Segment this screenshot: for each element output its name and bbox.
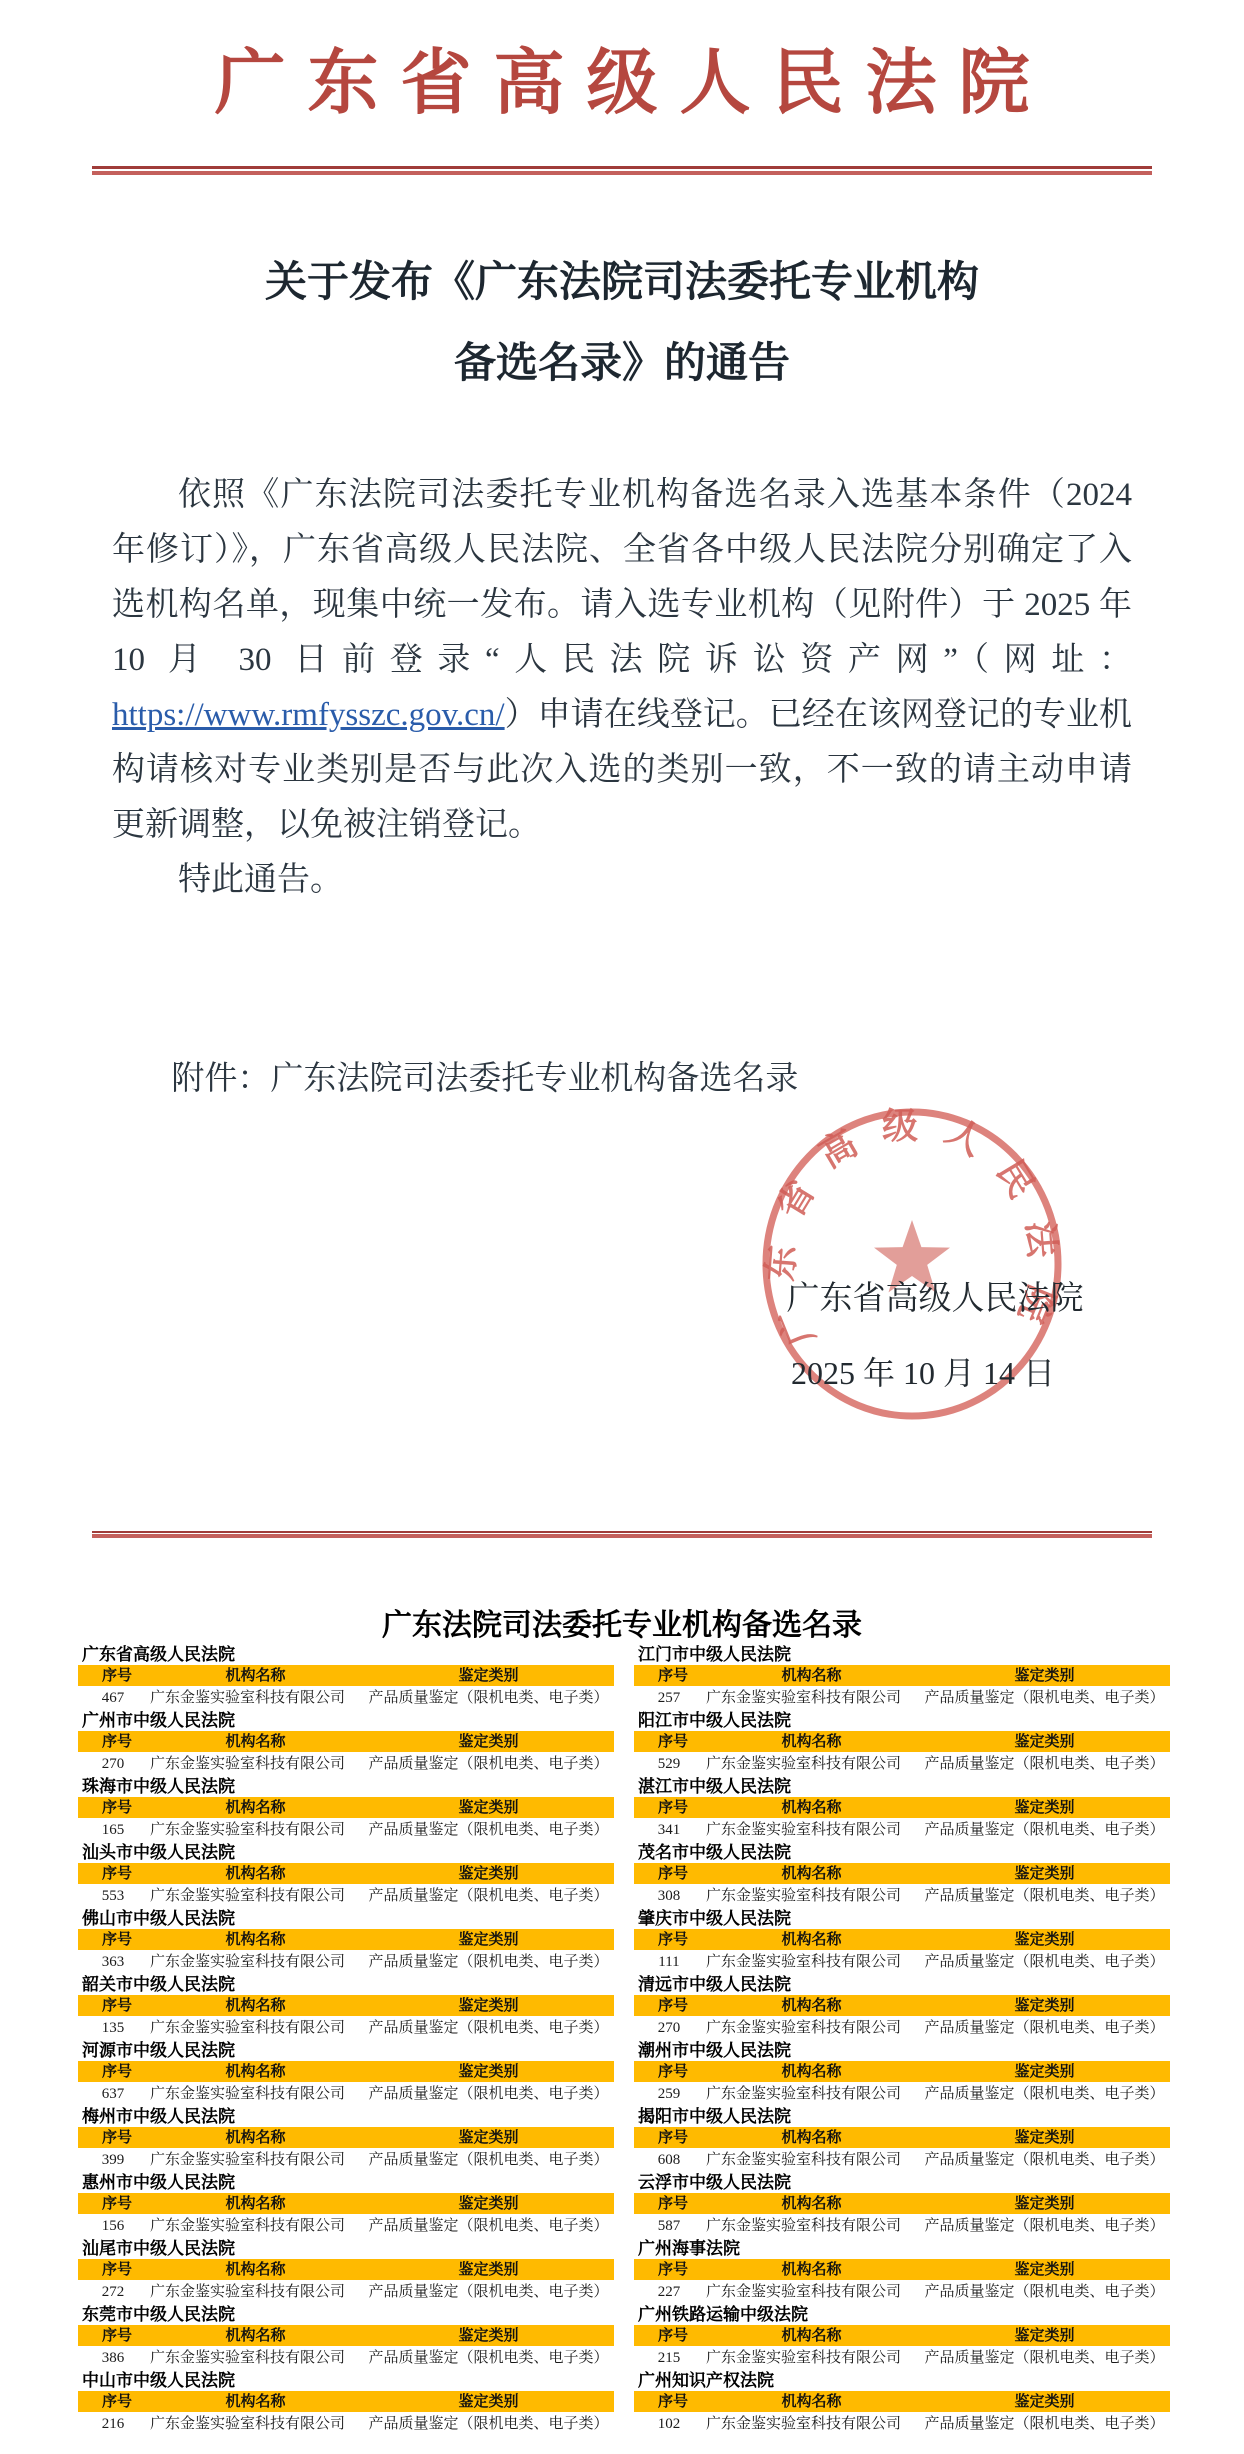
court-table: 佛山市中级人民法院 序号 机构名称 鉴定类别 363 广东金鉴实验室科技有限公司… [78, 1908, 614, 1974]
column-header-no: 序号 [634, 1731, 704, 1752]
table-header-row: 序号 机构名称 鉴定类别 [634, 2325, 1170, 2346]
cell-org: 广东金鉴实验室科技有限公司 [704, 1752, 919, 1776]
table-row: 227 广东金鉴实验室科技有限公司 产品质量鉴定（限机电类、电子类） [634, 2280, 1170, 2304]
cell-no: 227 [634, 2280, 704, 2304]
cell-no: 399 [78, 2148, 148, 2172]
cell-category: 产品质量鉴定（限机电类、电子类） [363, 2148, 614, 2172]
column-header-no: 序号 [78, 1995, 148, 2016]
court-table: 梅州市中级人民法院 序号 机构名称 鉴定类别 399 广东金鉴实验室科技有限公司… [78, 2106, 614, 2172]
cell-category: 产品质量鉴定（限机电类、电子类） [919, 2082, 1170, 2106]
cell-category: 产品质量鉴定（限机电类、电子类） [919, 2346, 1170, 2370]
table-header-row: 序号 机构名称 鉴定类别 [634, 2127, 1170, 2148]
column-header-no: 序号 [78, 1797, 148, 1818]
court-name: 珠海市中级人民法院 [78, 1776, 614, 1797]
column-header-no: 序号 [78, 2127, 148, 2148]
cell-category: 产品质量鉴定（限机电类、电子类） [919, 2214, 1170, 2238]
notice-paragraph: 依照《广东法院司法委托专业机构备选名录入选基本条件（2024 年修订）》，广东省… [112, 468, 1132, 853]
column-header-org: 机构名称 [148, 1665, 363, 1686]
agency-header: 广东省高级人民法院 [0, 26, 1244, 128]
column-header-category: 鉴定类别 [919, 2325, 1170, 2346]
court-name: 云浮市中级人民法院 [634, 2172, 1170, 2193]
column-header-org: 机构名称 [704, 1797, 919, 1818]
column-header-org: 机构名称 [148, 2325, 363, 2346]
column-header-no: 序号 [634, 1665, 704, 1686]
cell-org: 广东金鉴实验室科技有限公司 [148, 2214, 363, 2238]
table-header-row: 序号 机构名称 鉴定类别 [634, 2061, 1170, 2082]
cell-org: 广东金鉴实验室科技有限公司 [148, 1950, 363, 1974]
table-header-row: 序号 机构名称 鉴定类别 [634, 2391, 1170, 2412]
cell-no: 341 [634, 1818, 704, 1842]
column-header-no: 序号 [78, 1665, 148, 1686]
cell-category: 产品质量鉴定（限机电类、电子类） [363, 2412, 614, 2436]
court-name: 江门市中级人民法院 [634, 1644, 1170, 1665]
cell-org: 广东金鉴实验室科技有限公司 [704, 1818, 919, 1842]
cell-org: 广东金鉴实验室科技有限公司 [148, 2082, 363, 2106]
court-name: 清远市中级人民法院 [634, 1974, 1170, 1995]
court-name: 佛山市中级人民法院 [78, 1908, 614, 1929]
table-header-row: 序号 机构名称 鉴定类别 [634, 1731, 1170, 1752]
cell-no: 270 [78, 1752, 148, 1776]
cell-no: 363 [78, 1950, 148, 1974]
table-row: 399 广东金鉴实验室科技有限公司 产品质量鉴定（限机电类、电子类） [78, 2148, 614, 2172]
cell-org: 广东金鉴实验室科技有限公司 [704, 2082, 919, 2106]
column-header-category: 鉴定类别 [919, 1797, 1170, 1818]
document-title-line2: 备选名录》的通告 [0, 324, 1244, 405]
table-header-row: 序号 机构名称 鉴定类别 [78, 1731, 614, 1752]
cell-no: 386 [78, 2346, 148, 2370]
column-header-no: 序号 [634, 1995, 704, 2016]
cell-org: 广东金鉴实验室科技有限公司 [148, 2016, 363, 2040]
footer-divider-line [92, 1531, 1152, 1538]
column-header-org: 机构名称 [704, 1863, 919, 1884]
cell-category: 产品质量鉴定（限机电类、电子类） [919, 1818, 1170, 1842]
cell-org: 广东金鉴实验室科技有限公司 [148, 2148, 363, 2172]
table-row: 467 广东金鉴实验室科技有限公司 产品质量鉴定（限机电类、电子类） [78, 1686, 614, 1710]
cell-no: 608 [634, 2148, 704, 2172]
table-row: 270 广东金鉴实验室科技有限公司 产品质量鉴定（限机电类、电子类） [634, 2016, 1170, 2040]
column-header-org: 机构名称 [148, 2391, 363, 2412]
cell-category: 产品质量鉴定（限机电类、电子类） [919, 2016, 1170, 2040]
court-table: 茂名市中级人民法院 序号 机构名称 鉴定类别 308 广东金鉴实验室科技有限公司… [634, 1842, 1170, 1908]
cell-org: 广东金鉴实验室科技有限公司 [704, 2280, 919, 2304]
column-header-org: 机构名称 [704, 2259, 919, 2280]
column-header-category: 鉴定类别 [919, 1863, 1170, 1884]
column-header-category: 鉴定类别 [363, 1863, 614, 1884]
table-header-row: 序号 机构名称 鉴定类别 [634, 1797, 1170, 1818]
court-name: 揭阳市中级人民法院 [634, 2106, 1170, 2127]
court-table: 江门市中级人民法院 序号 机构名称 鉴定类别 257 广东金鉴实验室科技有限公司… [634, 1644, 1170, 1710]
column-header-no: 序号 [634, 2325, 704, 2346]
document-page: 广东省高级人民法院 关于发布《广东法院司法委托专业机构 备选名录》的通告 依照《… [0, 0, 1244, 2454]
table-header-row: 序号 机构名称 鉴定类别 [634, 1929, 1170, 1950]
cell-org: 广东金鉴实验室科技有限公司 [148, 1752, 363, 1776]
cell-no: 467 [78, 1686, 148, 1710]
column-header-category: 鉴定类别 [919, 2127, 1170, 2148]
cell-no: 529 [634, 1752, 704, 1776]
cell-no: 156 [78, 2214, 148, 2238]
column-header-category: 鉴定类别 [919, 2259, 1170, 2280]
table-row: 529 广东金鉴实验室科技有限公司 产品质量鉴定（限机电类、电子类） [634, 1752, 1170, 1776]
cell-no: 637 [78, 2082, 148, 2106]
cell-org: 广东金鉴实验室科技有限公司 [704, 2148, 919, 2172]
issue-date: 2025 年 10 月 14 日 [700, 1348, 1146, 1394]
cell-category: 产品质量鉴定（限机电类、电子类） [919, 1752, 1170, 1776]
cell-no: 111 [634, 1950, 704, 1974]
column-header-category: 鉴定类别 [363, 2061, 614, 2082]
cell-category: 产品质量鉴定（限机电类、电子类） [363, 1884, 614, 1908]
court-name: 中山市中级人民法院 [78, 2370, 614, 2391]
court-name: 广州市中级人民法院 [78, 1710, 614, 1731]
cell-org: 广东金鉴实验室科技有限公司 [148, 1818, 363, 1842]
court-name: 潮州市中级人民法院 [634, 2040, 1170, 2061]
court-name: 湛江市中级人民法院 [634, 1776, 1170, 1797]
column-header-no: 序号 [634, 1797, 704, 1818]
column-header-org: 机构名称 [148, 1731, 363, 1752]
cell-org: 广东金鉴实验室科技有限公司 [704, 1884, 919, 1908]
court-name: 肇庆市中级人民法院 [634, 1908, 1170, 1929]
column-header-category: 鉴定类别 [363, 2325, 614, 2346]
cell-category: 产品质量鉴定（限机电类、电子类） [919, 1686, 1170, 1710]
column-header-no: 序号 [78, 2325, 148, 2346]
header-divider-line [92, 166, 1152, 175]
cell-org: 广东金鉴实验室科技有限公司 [704, 2346, 919, 2370]
column-header-category: 鉴定类别 [363, 1929, 614, 1950]
column-header-no: 序号 [78, 1863, 148, 1884]
table-row: 257 广东金鉴实验室科技有限公司 产品质量鉴定（限机电类、电子类） [634, 1686, 1170, 1710]
cell-no: 135 [78, 2016, 148, 2040]
column-header-org: 机构名称 [148, 2127, 363, 2148]
cell-org: 广东金鉴实验室科技有限公司 [704, 2016, 919, 2040]
cell-org: 广东金鉴实验室科技有限公司 [148, 1884, 363, 1908]
document-title-line1: 关于发布《广东法院司法委托专业机构 [0, 243, 1244, 324]
table-row: 308 广东金鉴实验室科技有限公司 产品质量鉴定（限机电类、电子类） [634, 1884, 1170, 1908]
cell-no: 165 [78, 1818, 148, 1842]
court-name: 汕头市中级人民法院 [78, 1842, 614, 1863]
cell-org: 广东金鉴实验室科技有限公司 [704, 1686, 919, 1710]
table-header-row: 序号 机构名称 鉴定类别 [78, 1995, 614, 2016]
court-table: 阳江市中级人民法院 序号 机构名称 鉴定类别 529 广东金鉴实验室科技有限公司… [634, 1710, 1170, 1776]
table-row: 553 广东金鉴实验室科技有限公司 产品质量鉴定（限机电类、电子类） [78, 1884, 614, 1908]
cell-category: 产品质量鉴定（限机电类、电子类） [919, 2148, 1170, 2172]
column-header-no: 序号 [634, 1863, 704, 1884]
court-table: 汕尾市中级人民法院 序号 机构名称 鉴定类别 272 广东金鉴实验室科技有限公司… [78, 2238, 614, 2304]
column-header-no: 序号 [634, 2259, 704, 2280]
table-header-row: 序号 机构名称 鉴定类别 [634, 1863, 1170, 1884]
column-header-org: 机构名称 [704, 1995, 919, 2016]
cell-no: 587 [634, 2214, 704, 2238]
court-name: 汕尾市中级人民法院 [78, 2238, 614, 2259]
cell-org: 广东金鉴实验室科技有限公司 [704, 1950, 919, 1974]
table-row: 156 广东金鉴实验室科技有限公司 产品质量鉴定（限机电类、电子类） [78, 2214, 614, 2238]
rmfysszc-link[interactable]: https://www.rmfysszc.gov.cn/ [112, 697, 505, 733]
column-header-org: 机构名称 [148, 2193, 363, 2214]
court-table: 云浮市中级人民法院 序号 机构名称 鉴定类别 587 广东金鉴实验室科技有限公司… [634, 2172, 1170, 2238]
column-header-org: 机构名称 [704, 2127, 919, 2148]
table-header-row: 序号 机构名称 鉴定类别 [78, 2259, 614, 2280]
column-header-category: 鉴定类别 [919, 1929, 1170, 1950]
cell-no: 259 [634, 2082, 704, 2106]
cell-org: 广东金鉴实验室科技有限公司 [704, 2214, 919, 2238]
table-row: 637 广东金鉴实验室科技有限公司 产品质量鉴定（限机电类、电子类） [78, 2082, 614, 2106]
court-name: 河源市中级人民法院 [78, 2040, 614, 2061]
table-header-row: 序号 机构名称 鉴定类别 [78, 1797, 614, 1818]
court-table: 广州铁路运输中级法院 序号 机构名称 鉴定类别 215 广东金鉴实验室科技有限公… [634, 2304, 1170, 2370]
court-table: 清远市中级人民法院 序号 机构名称 鉴定类别 270 广东金鉴实验室科技有限公司… [634, 1974, 1170, 2040]
court-table: 广东省高级人民法院 序号 机构名称 鉴定类别 467 广东金鉴实验室科技有限公司… [78, 1644, 614, 1710]
court-name: 东莞市中级人民法院 [78, 2304, 614, 2325]
court-table: 广州海事法院 序号 机构名称 鉴定类别 227 广东金鉴实验室科技有限公司 产品… [634, 2238, 1170, 2304]
column-header-org: 机构名称 [704, 1731, 919, 1752]
column-header-category: 鉴定类别 [919, 1731, 1170, 1752]
court-name: 广州知识产权法院 [634, 2370, 1170, 2391]
cell-category: 产品质量鉴定（限机电类、电子类） [363, 2214, 614, 2238]
court-table: 汕头市中级人民法院 序号 机构名称 鉴定类别 553 广东金鉴实验室科技有限公司… [78, 1842, 614, 1908]
court-table: 珠海市中级人民法院 序号 机构名称 鉴定类别 165 广东金鉴实验室科技有限公司… [78, 1776, 614, 1842]
table-row: 386 广东金鉴实验室科技有限公司 产品质量鉴定（限机电类、电子类） [78, 2346, 614, 2370]
column-header-org: 机构名称 [148, 1995, 363, 2016]
table-header-row: 序号 机构名称 鉴定类别 [78, 1863, 614, 1884]
table-row: 135 广东金鉴实验室科技有限公司 产品质量鉴定（限机电类、电子类） [78, 2016, 614, 2040]
column-header-org: 机构名称 [704, 2325, 919, 2346]
court-name: 惠州市中级人民法院 [78, 2172, 614, 2193]
table-row: 111 广东金鉴实验室科技有限公司 产品质量鉴定（限机电类、电子类） [634, 1950, 1170, 1974]
closing-line: 特此通告。 [112, 853, 1132, 908]
cell-no: 308 [634, 1884, 704, 1908]
cell-no: 215 [634, 2346, 704, 2370]
column-header-category: 鉴定类别 [363, 1731, 614, 1752]
table-row: 272 广东金鉴实验室科技有限公司 产品质量鉴定（限机电类、电子类） [78, 2280, 614, 2304]
cell-category: 产品质量鉴定（限机电类、电子类） [919, 2412, 1170, 2436]
cell-org: 广东金鉴实验室科技有限公司 [704, 2412, 919, 2436]
column-header-category: 鉴定类别 [919, 1665, 1170, 1686]
cell-category: 产品质量鉴定（限机电类、电子类） [919, 1950, 1170, 1974]
cell-category: 产品质量鉴定（限机电类、电子类） [363, 1818, 614, 1842]
cell-org: 广东金鉴实验室科技有限公司 [148, 1686, 363, 1710]
court-name: 茂名市中级人民法院 [634, 1842, 1170, 1863]
table-row: 215 广东金鉴实验室科技有限公司 产品质量鉴定（限机电类、电子类） [634, 2346, 1170, 2370]
court-table: 广州知识产权法院 序号 机构名称 鉴定类别 102 广东金鉴实验室科技有限公司 … [634, 2370, 1170, 2436]
column-header-org: 机构名称 [148, 1863, 363, 1884]
court-table: 惠州市中级人民法院 序号 机构名称 鉴定类别 156 广东金鉴实验室科技有限公司… [78, 2172, 614, 2238]
appendix-column-right: 江门市中级人民法院 序号 机构名称 鉴定类别 257 广东金鉴实验室科技有限公司… [634, 1644, 1170, 2436]
column-header-no: 序号 [634, 2193, 704, 2214]
cell-category: 产品质量鉴定（限机电类、电子类） [363, 2280, 614, 2304]
table-header-row: 序号 机构名称 鉴定类别 [78, 2325, 614, 2346]
cell-no: 553 [78, 1884, 148, 1908]
table-row: 102 广东金鉴实验室科技有限公司 产品质量鉴定（限机电类、电子类） [634, 2412, 1170, 2436]
cell-category: 产品质量鉴定（限机电类、电子类） [919, 1884, 1170, 1908]
column-header-org: 机构名称 [148, 1797, 363, 1818]
table-row: 216 广东金鉴实验室科技有限公司 产品质量鉴定（限机电类、电子类） [78, 2412, 614, 2436]
appendix-column-left: 广东省高级人民法院 序号 机构名称 鉴定类别 467 广东金鉴实验室科技有限公司… [78, 1644, 614, 2436]
court-table: 广州市中级人民法院 序号 机构名称 鉴定类别 270 广东金鉴实验室科技有限公司… [78, 1710, 614, 1776]
court-table: 韶关市中级人民法院 序号 机构名称 鉴定类别 135 广东金鉴实验室科技有限公司… [78, 1974, 614, 2040]
column-header-category: 鉴定类别 [363, 1665, 614, 1686]
column-header-no: 序号 [634, 2391, 704, 2412]
table-row: 259 广东金鉴实验室科技有限公司 产品质量鉴定（限机电类、电子类） [634, 2082, 1170, 2106]
table-header-row: 序号 机构名称 鉴定类别 [78, 2391, 614, 2412]
table-header-row: 序号 机构名称 鉴定类别 [78, 2127, 614, 2148]
court-table: 湛江市中级人民法院 序号 机构名称 鉴定类别 341 广东金鉴实验室科技有限公司… [634, 1776, 1170, 1842]
column-header-org: 机构名称 [704, 2391, 919, 2412]
cell-category: 产品质量鉴定（限机电类、电子类） [363, 2082, 614, 2106]
column-header-category: 鉴定类别 [363, 2193, 614, 2214]
column-header-no: 序号 [78, 2061, 148, 2082]
cell-no: 270 [634, 2016, 704, 2040]
column-header-category: 鉴定类别 [363, 2259, 614, 2280]
column-header-org: 机构名称 [148, 1929, 363, 1950]
column-header-org: 机构名称 [704, 1929, 919, 1950]
paragraph-text-pre: 依照《广东法院司法委托专业机构备选名录入选基本条件（2024 年修订）》，广东省… [112, 477, 1132, 678]
court-table: 潮州市中级人民法院 序号 机构名称 鉴定类别 259 广东金鉴实验室科技有限公司… [634, 2040, 1170, 2106]
appendix-title: 广东法院司法委托专业机构备选名录 [0, 1600, 1244, 1644]
court-table: 东莞市中级人民法院 序号 机构名称 鉴定类别 386 广东金鉴实验室科技有限公司… [78, 2304, 614, 2370]
column-header-category: 鉴定类别 [919, 1995, 1170, 2016]
document-title: 关于发布《广东法院司法委托专业机构 备选名录》的通告 [0, 243, 1244, 405]
cell-category: 产品质量鉴定（限机电类、电子类） [363, 1752, 614, 1776]
column-header-category: 鉴定类别 [363, 2127, 614, 2148]
column-header-category: 鉴定类别 [363, 1995, 614, 2016]
cell-org: 广东金鉴实验室科技有限公司 [148, 2280, 363, 2304]
cell-org: 广东金鉴实验室科技有限公司 [148, 2412, 363, 2436]
cell-no: 216 [78, 2412, 148, 2436]
table-row: 270 广东金鉴实验室科技有限公司 产品质量鉴定（限机电类、电子类） [78, 1752, 614, 1776]
court-table: 揭阳市中级人民法院 序号 机构名称 鉴定类别 608 广东金鉴实验室科技有限公司… [634, 2106, 1170, 2172]
table-header-row: 序号 机构名称 鉴定类别 [78, 1665, 614, 1686]
table-row: 341 广东金鉴实验室科技有限公司 产品质量鉴定（限机电类、电子类） [634, 1818, 1170, 1842]
table-header-row: 序号 机构名称 鉴定类别 [78, 1929, 614, 1950]
table-row: 587 广东金鉴实验室科技有限公司 产品质量鉴定（限机电类、电子类） [634, 2214, 1170, 2238]
column-header-org: 机构名称 [704, 2193, 919, 2214]
cell-no: 257 [634, 1686, 704, 1710]
column-header-org: 机构名称 [148, 2259, 363, 2280]
column-header-no: 序号 [634, 1929, 704, 1950]
table-row: 363 广东金鉴实验室科技有限公司 产品质量鉴定（限机电类、电子类） [78, 1950, 614, 1974]
column-header-no: 序号 [78, 2391, 148, 2412]
column-header-no: 序号 [78, 2193, 148, 2214]
cell-no: 102 [634, 2412, 704, 2436]
table-header-row: 序号 机构名称 鉴定类别 [78, 2193, 614, 2214]
column-header-category: 鉴定类别 [919, 2193, 1170, 2214]
table-header-row: 序号 机构名称 鉴定类别 [634, 1665, 1170, 1686]
column-header-no: 序号 [634, 2061, 704, 2082]
court-table: 中山市中级人民法院 序号 机构名称 鉴定类别 216 广东金鉴实验室科技有限公司… [78, 2370, 614, 2436]
column-header-no: 序号 [78, 2259, 148, 2280]
table-header-row: 序号 机构名称 鉴定类别 [634, 1995, 1170, 2016]
column-header-category: 鉴定类别 [919, 2061, 1170, 2082]
notice-body: 依照《广东法院司法委托专业机构备选名录入选基本条件（2024 年修订）》，广东省… [112, 468, 1132, 908]
table-row: 165 广东金鉴实验室科技有限公司 产品质量鉴定（限机电类、电子类） [78, 1818, 614, 1842]
column-header-no: 序号 [78, 1929, 148, 1950]
column-header-org: 机构名称 [148, 2061, 363, 2082]
column-header-org: 机构名称 [704, 2061, 919, 2082]
column-header-category: 鉴定类别 [363, 1797, 614, 1818]
column-header-category: 鉴定类别 [919, 2391, 1170, 2412]
court-name: 广东省高级人民法院 [78, 1644, 614, 1665]
court-table: 河源市中级人民法院 序号 机构名称 鉴定类别 637 广东金鉴实验室科技有限公司… [78, 2040, 614, 2106]
table-row: 608 广东金鉴实验室科技有限公司 产品质量鉴定（限机电类、电子类） [634, 2148, 1170, 2172]
issuer-signature: 广东省高级人民法院 [712, 1272, 1158, 1319]
cell-category: 产品质量鉴定（限机电类、电子类） [363, 2016, 614, 2040]
cell-category: 产品质量鉴定（限机电类、电子类） [363, 1950, 614, 1974]
column-header-no: 序号 [78, 1731, 148, 1752]
cell-no: 272 [78, 2280, 148, 2304]
court-name: 广州海事法院 [634, 2238, 1170, 2259]
cell-category: 产品质量鉴定（限机电类、电子类） [919, 2280, 1170, 2304]
court-name: 韶关市中级人民法院 [78, 1974, 614, 1995]
court-name: 广州铁路运输中级法院 [634, 2304, 1170, 2325]
cell-org: 广东金鉴实验室科技有限公司 [148, 2346, 363, 2370]
court-name: 阳江市中级人民法院 [634, 1710, 1170, 1731]
table-header-row: 序号 机构名称 鉴定类别 [634, 2193, 1170, 2214]
cell-category: 产品质量鉴定（限机电类、电子类） [363, 1686, 614, 1710]
attachment-line: 附件：广东法院司法委托专业机构备选名录 [112, 1052, 1132, 1107]
column-header-no: 序号 [634, 2127, 704, 2148]
court-name: 梅州市中级人民法院 [78, 2106, 614, 2127]
column-header-category: 鉴定类别 [363, 2391, 614, 2412]
table-header-row: 序号 机构名称 鉴定类别 [78, 2061, 614, 2082]
court-table: 肇庆市中级人民法院 序号 机构名称 鉴定类别 111 广东金鉴实验室科技有限公司… [634, 1908, 1170, 1974]
cell-category: 产品质量鉴定（限机电类、电子类） [363, 2346, 614, 2370]
table-header-row: 序号 机构名称 鉴定类别 [634, 2259, 1170, 2280]
column-header-org: 机构名称 [704, 1665, 919, 1686]
